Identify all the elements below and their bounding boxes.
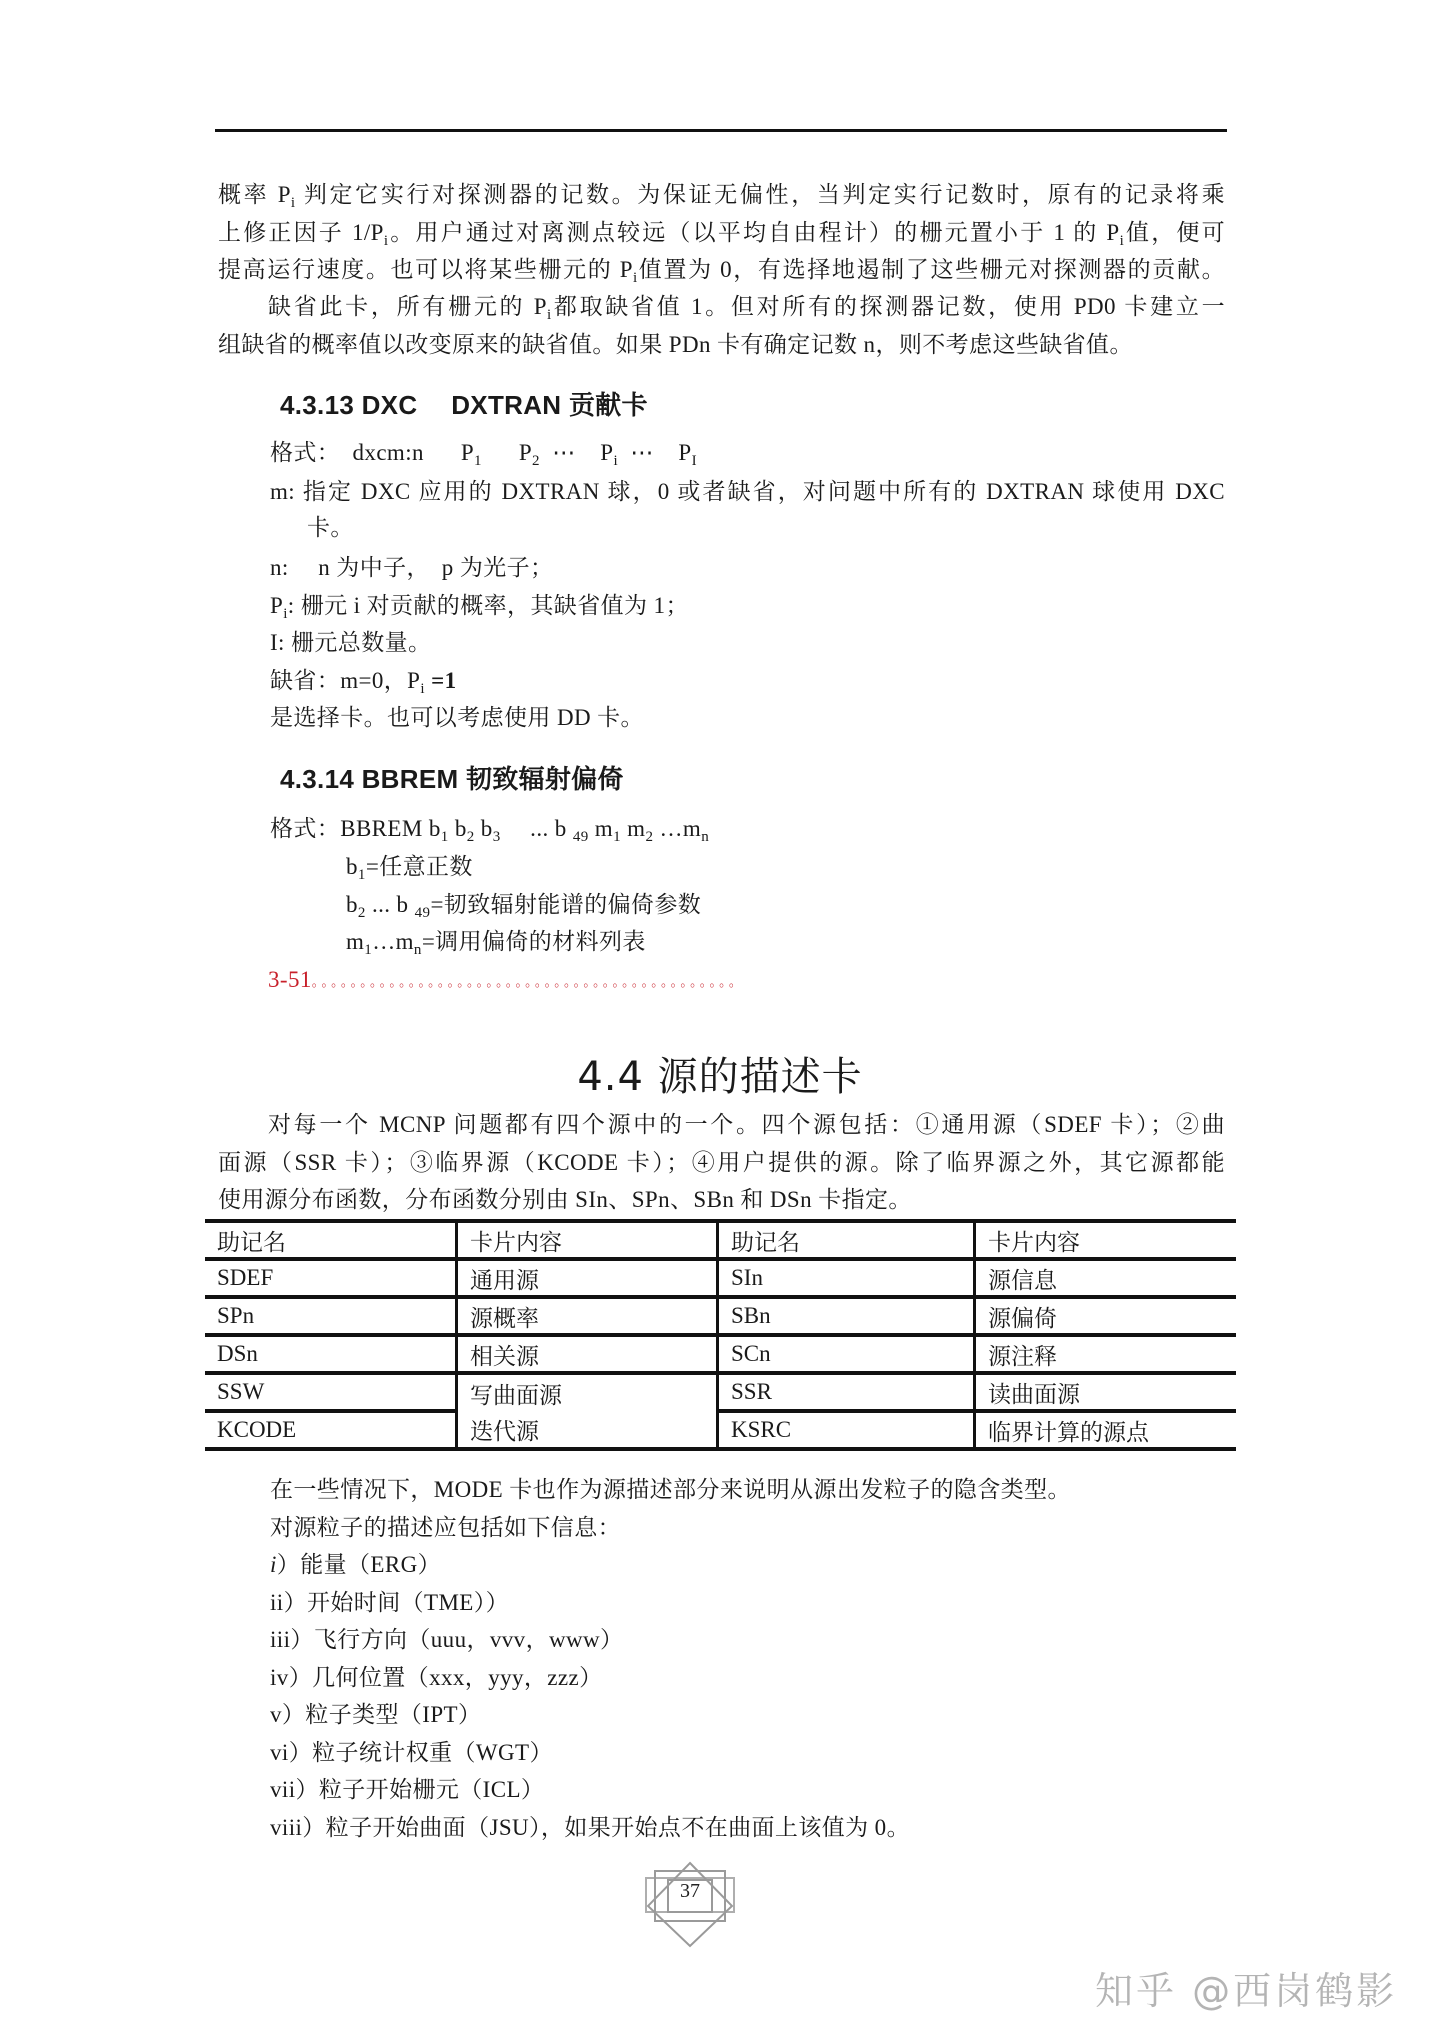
list-item: ii）开始时间（TME）） [270,1588,509,1618]
dot-leader: 。。。。。。。。。。。。。。。。。。。。。。。。。。。。。。。。。。。。。。。。… [312,974,745,989]
intro-line-2: 上修正因子 1/Pi。用户通过对离测点较远（以平均自由程计）的栅元置小于 1 的… [218,218,1225,248]
intro-line-3: 提高运行速度。也可以将某些栅元的 Pi值置为 0，有选择地遏制了这些栅元对探测器… [218,255,1225,285]
list-item: vii）粒子开始栅元（ICL） [270,1775,544,1805]
page-number-ornament: 37 [640,1858,740,1950]
header-rule [215,129,1227,132]
intro-para2-line-1: 缺省此卡，所有栅元的 Pi都取缺省值 1。但对所有的探测器记数，使用 PD0 卡… [268,292,1225,322]
table-row: KCODE 迭代源 KSRC 临界计算的源点 [205,1411,1236,1449]
dxc-pi-desc: Pi: 栅元 i 对贡献的概率，其缺省值为 1； [270,591,689,621]
intro-para2-line-2: 组缺省的概率值以改变原来的缺省值。如果 PDn 卡有确定记数 n，则不考虑这些缺… [218,330,1133,360]
table-row: DSn 相关源 SCn 源注释 [205,1335,1236,1373]
table-header-cell: 助记名 [205,1221,457,1259]
star-frame-icon [640,1858,740,1950]
dxc-m-desc-line-1: m: 指定 DXC 应用的 DXTRAN 球，0 或者缺省，对问题中所有的 DX… [270,477,1225,507]
particle-desc-intro: 对源粒子的描述应包括如下信息： [270,1513,621,1543]
bbrem-m-line: m1…mn=调用偏倚的材料列表 [346,927,646,957]
page-number: 37 [640,1880,740,1903]
dxc-note: 是选择卡。也可以考虑使用 DD 卡。 [270,703,644,733]
section-44-para-line-1: 对每一个 MCNP 问题都有四个源中的一个。四个源包括：①通用源（SDEF 卡）… [268,1110,1225,1140]
watermark: 知乎 @西岗鹤影 [1095,1960,1397,2015]
dxc-format-line: 格式： dxcm:n P1 P2 ⋯ Pi ⋯ PI [270,438,697,468]
intro-line-1: 概率 Pi 判定它实行对探测器的记数。为保证无偏性，当判定实行记数时，原有的记录… [218,180,1225,210]
mode-card-note: 在一些情况下，MODE 卡也作为源描述部分来说明从源出发粒子的隐含类型。 [270,1475,1071,1505]
source-card-table: 助记名 卡片内容 助记名 卡片内容 SDEF 通用源 SIn 源信息 SPn 源… [205,1219,1236,1451]
bbrem-b2-line: b2 ... b 49=韧致辐射能谱的偏倚参数 [346,890,701,920]
list-item: iii）飞行方向（uuu，vvv，www） [270,1625,623,1655]
list-item: vi）粒子统计权重（WGT） [270,1738,553,1768]
table-header-cell: 卡片内容 [457,1221,718,1259]
table-header-row: 助记名 卡片内容 助记名 卡片内容 [205,1221,1236,1259]
dxc-m-desc-line-2: 卡。 [307,513,354,543]
section-4313-heading: 4.3.13 DXC DXTRAN 贡献卡 [280,385,648,422]
page-reference: 3-51。。。。。。。。。。。。。。。。。。。。。。。。。。。。。。。。。。。。… [268,965,745,997]
section-4314-heading: 4.3.14 BBREM 韧致辐射偏倚 [280,759,624,796]
dxc-n-desc: n: n 为中子， p 为光子； [270,553,553,583]
table-header-cell: 卡片内容 [975,1221,1237,1259]
section-44-para-line-3: 使用源分布函数，分布函数分别由 SIn、SPn、SBn 和 DSn 卡指定。 [218,1185,912,1215]
section-44-para-line-2: 面源（SSR 卡）；③临界源（KCODE 卡）；④用户提供的源。除了临界源之外，… [218,1148,1225,1178]
table-row: SSW 写曲面源 SSR 读曲面源 [205,1373,1236,1411]
list-item: i）能量（ERG） [270,1550,441,1580]
list-item: iv）几何位置（xxx，yyy，zzz） [270,1663,603,1693]
bbrem-b1-line: b1=任意正数 [346,852,473,882]
table-row: SDEF 通用源 SIn 源信息 [205,1259,1236,1297]
dxc-i-desc: I: 栅元总数量。 [270,628,431,658]
list-item: v）粒子类型（IPT） [270,1700,481,1730]
list-item: viii）粒子开始曲面（JSU），如果开始点不在曲面上该值为 0。 [270,1813,910,1843]
dxc-default: 缺省：m=0，Pi =1 [270,666,457,696]
section-44-title: 4.4 源的描述卡 [0,1045,1440,1102]
bbrem-format-line: 格式：BBREM b1 b2 b3 ... b 49 m1 m2 …mn [270,814,709,844]
table-row: SPn 源概率 SBn 源偏倚 [205,1297,1236,1335]
table-header-cell: 助记名 [718,1221,975,1259]
